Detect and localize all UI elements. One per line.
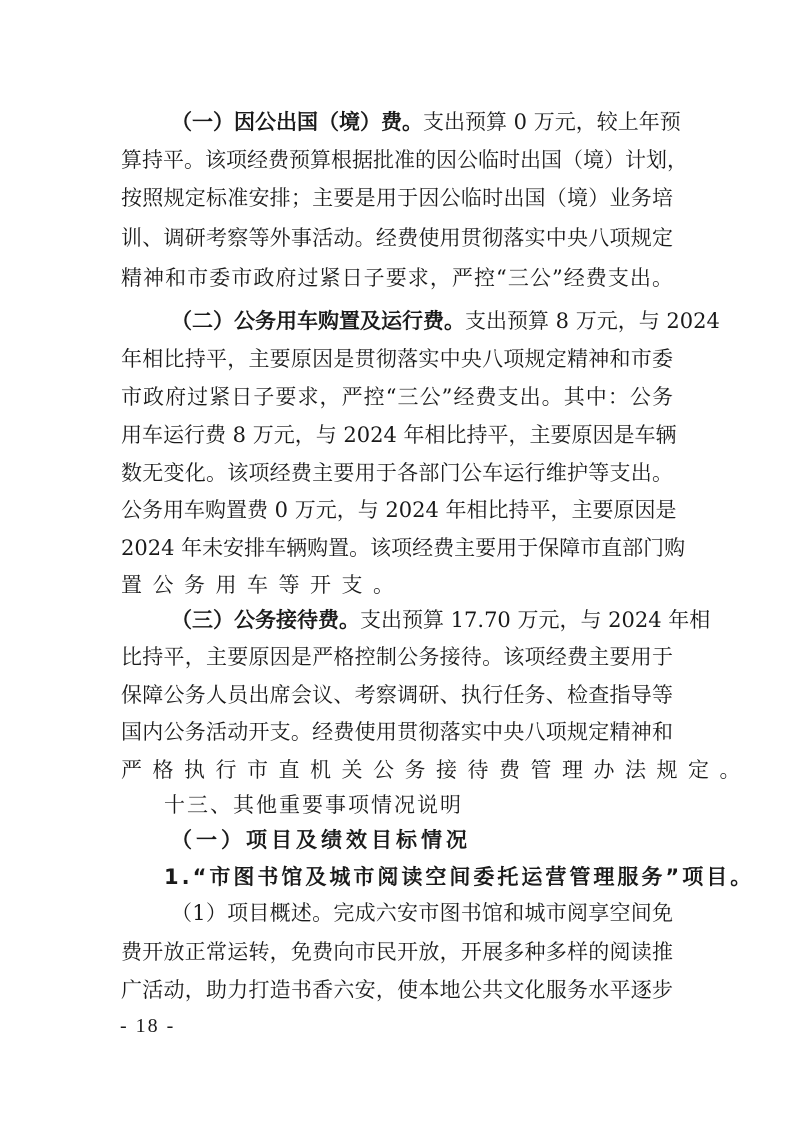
para-2-line-7: 2024 年未安排车辆购置。该项经费主要用于保障市直部门购 bbox=[121, 533, 673, 563]
para-2-heading: （二）公务用车购置及运行费。 bbox=[171, 309, 465, 333]
para-2-line-8: 置公务用车等开支。 bbox=[121, 570, 673, 600]
para-1-line-5: 精神和市委市政府过紧日子要求，严控“三公”经费支出。 bbox=[121, 263, 673, 293]
subsection-heading-project-performance: （一）项目及绩效目标情况 bbox=[171, 825, 673, 855]
para-3-line-2: 比持平，主要原因是严格控制公务接待。该项经费主要用于 bbox=[121, 642, 673, 672]
para-3-line-4: 国内公务活动开支。经费使用贯彻落实中央八项规定精神和 bbox=[121, 717, 673, 747]
para-4-line-2: 费开放正常运转，免费向市民开放，开展多种多样的阅读推 bbox=[121, 937, 673, 967]
para-4-line-3: 广活动，助力打造书香六安，使本地公共文化服务水平逐步 bbox=[121, 975, 673, 1005]
para-2-line-4: 用车运行费 8 万元，与 2024 年相比持平，主要原因是车辆 bbox=[121, 420, 673, 450]
para-1-heading: （一）因公出国（境）费。 bbox=[171, 110, 423, 134]
para-2-line-3: 市政府过紧日子要求，严控“三公”经费支出。其中：公务 bbox=[121, 382, 673, 412]
para-2-line-6: 公务用车购置费 0 万元，与 2024 年相比持平，主要原因是 bbox=[121, 495, 673, 525]
para-2-line-5: 数无变化。该项经费主要用于各部门公车运行维护等支出。 bbox=[121, 458, 673, 488]
para-1-line-1: （一）因公出国（境）费。支出预算 0 万元，较上年预 bbox=[171, 107, 673, 137]
para-2-line-2: 年相比持平，主要原因是贯彻落实中央八项规定精神和市委 bbox=[121, 344, 673, 374]
para-3-line-1: （三）公务接待费。支出预算 17.70 万元，与 2024 年相 bbox=[171, 605, 673, 635]
section-heading-13: 十三、其他重要事项情况说明 bbox=[164, 790, 673, 820]
para-1-line-4: 训、调研考察等外事活动。经费使用贯彻落实中央八项规定 bbox=[121, 223, 673, 253]
project-heading-library: 1.“市图书馆及城市阅读空间委托运营管理服务”项目。 bbox=[164, 862, 673, 892]
para-2-line-1: （二）公务用车购置及运行费。支出预算 8 万元，与 2024 bbox=[171, 306, 673, 336]
para-3-line-5: 严格执行市直机关公务接待费管理办法规定。 bbox=[121, 755, 673, 785]
para-1-line-2: 算持平。该项经费预算根据批准的因公临时出国（境）计划， bbox=[121, 145, 673, 175]
document-page: （一）因公出国（境）费。支出预算 0 万元，较上年预 算持平。该项经费预算根据批… bbox=[0, 0, 793, 1122]
para-1-line-3: 按照规定标准安排；主要是用于因公临时出国（境）业务培 bbox=[121, 183, 673, 213]
para-3-heading: （三）公务接待费。 bbox=[171, 608, 360, 632]
page-number: - 18 - bbox=[120, 1015, 175, 1038]
para-4-line-1: （1）项目概述。完成六安市图书馆和城市阅享空间免 bbox=[171, 898, 673, 928]
para-3-line-3: 保障公务人员出席会议、考察调研、执行任务、检查指导等 bbox=[121, 680, 673, 710]
